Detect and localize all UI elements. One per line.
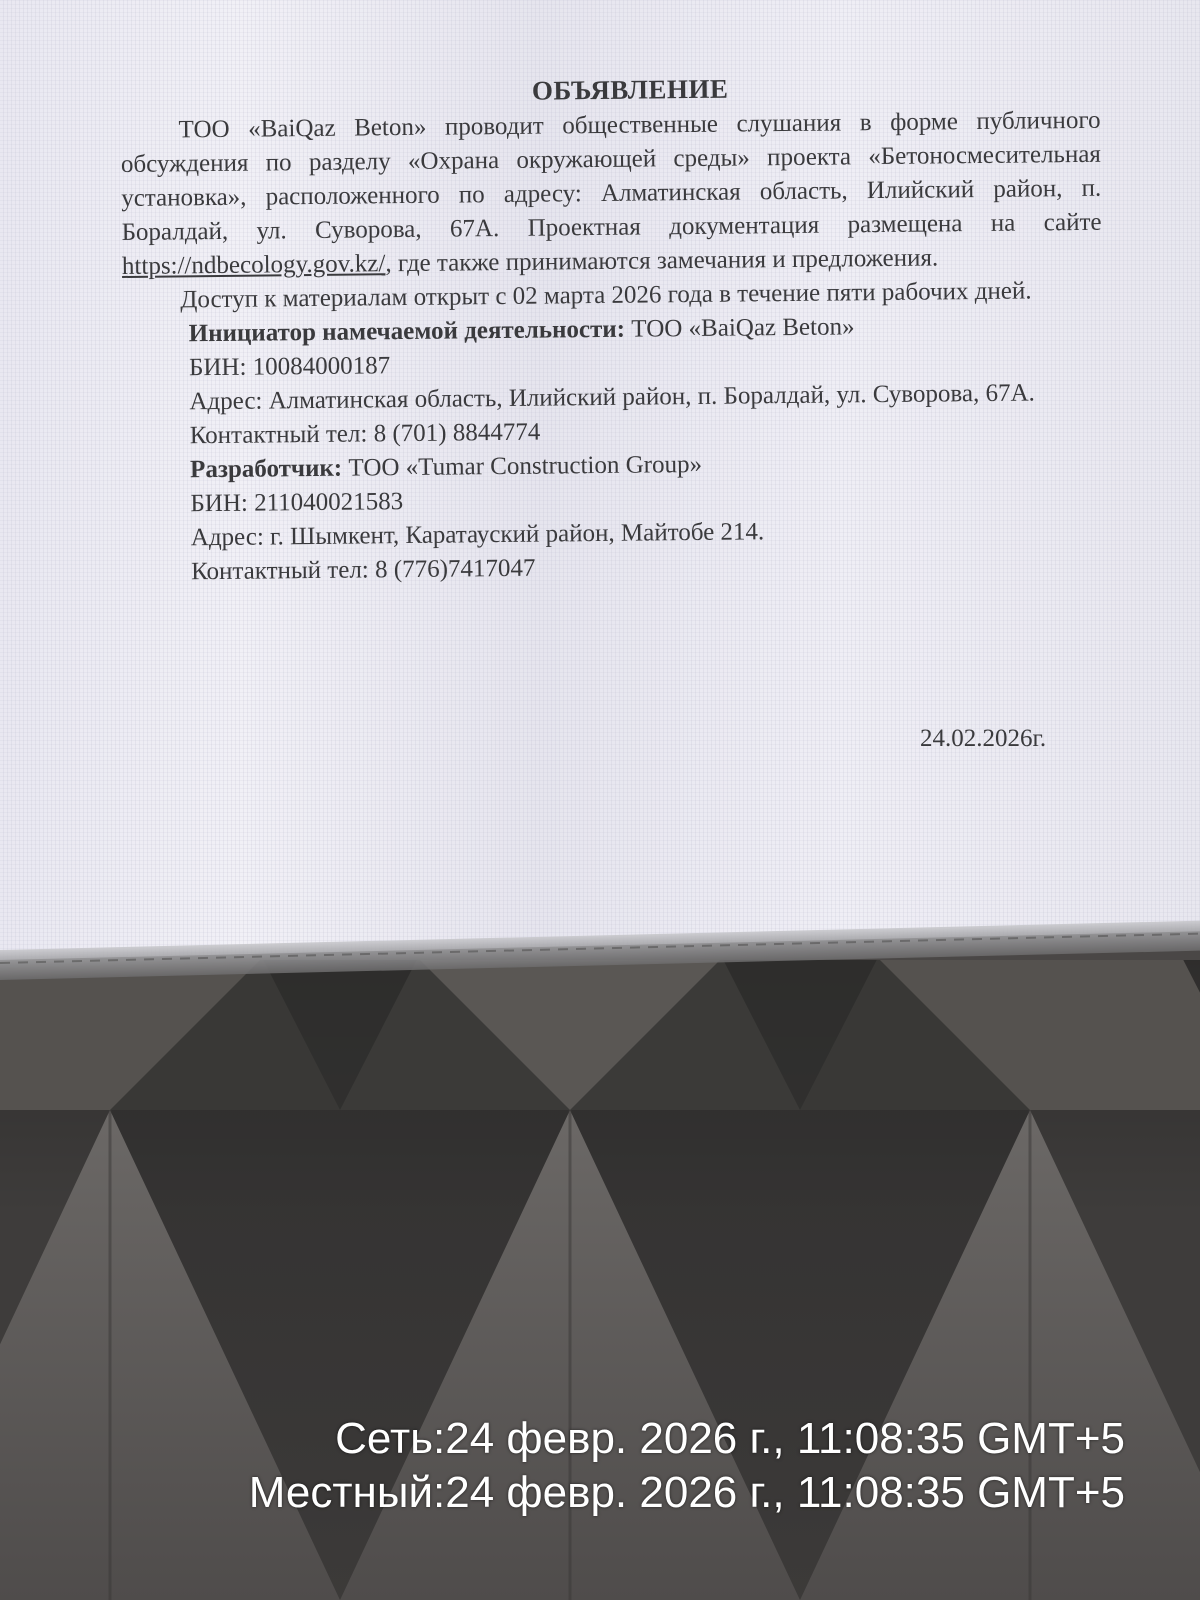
document-date: 24.02.2026г. — [920, 725, 1046, 753]
announcement-document: ОБЪЯВЛЕНИЕ ТОО «BaiQaz Beton» проводит о… — [120, 68, 1105, 590]
timestamp-local: Местный:24 февр. 2026 г., 11:08:35 GMT+5 — [249, 1468, 1125, 1518]
initiator-label: Инициатор намечаемой деятельности: — [189, 316, 626, 348]
developer-label: Разработчик: — [190, 455, 342, 484]
paragraph-hearings-text: ТОО «BaiQaz Beton» проводит общественные… — [121, 107, 1102, 246]
ndbecology-link[interactable]: https://ndbecology.gov.kz/ — [122, 250, 386, 280]
timestamp-network: Сеть:24 февр. 2026 г., 11:08:35 GMT+5 — [335, 1414, 1125, 1464]
initiator-name: ТОО «BaiQaz Beton» — [625, 313, 855, 342]
paragraph-hearings: ТОО «BaiQaz Beton» проводит общественные… — [120, 104, 1102, 284]
developer-name: ТОО «Tumar Construction Group» — [342, 451, 702, 482]
paragraph-hearings-tail: , где также принимаются замечания и пред… — [385, 244, 938, 277]
